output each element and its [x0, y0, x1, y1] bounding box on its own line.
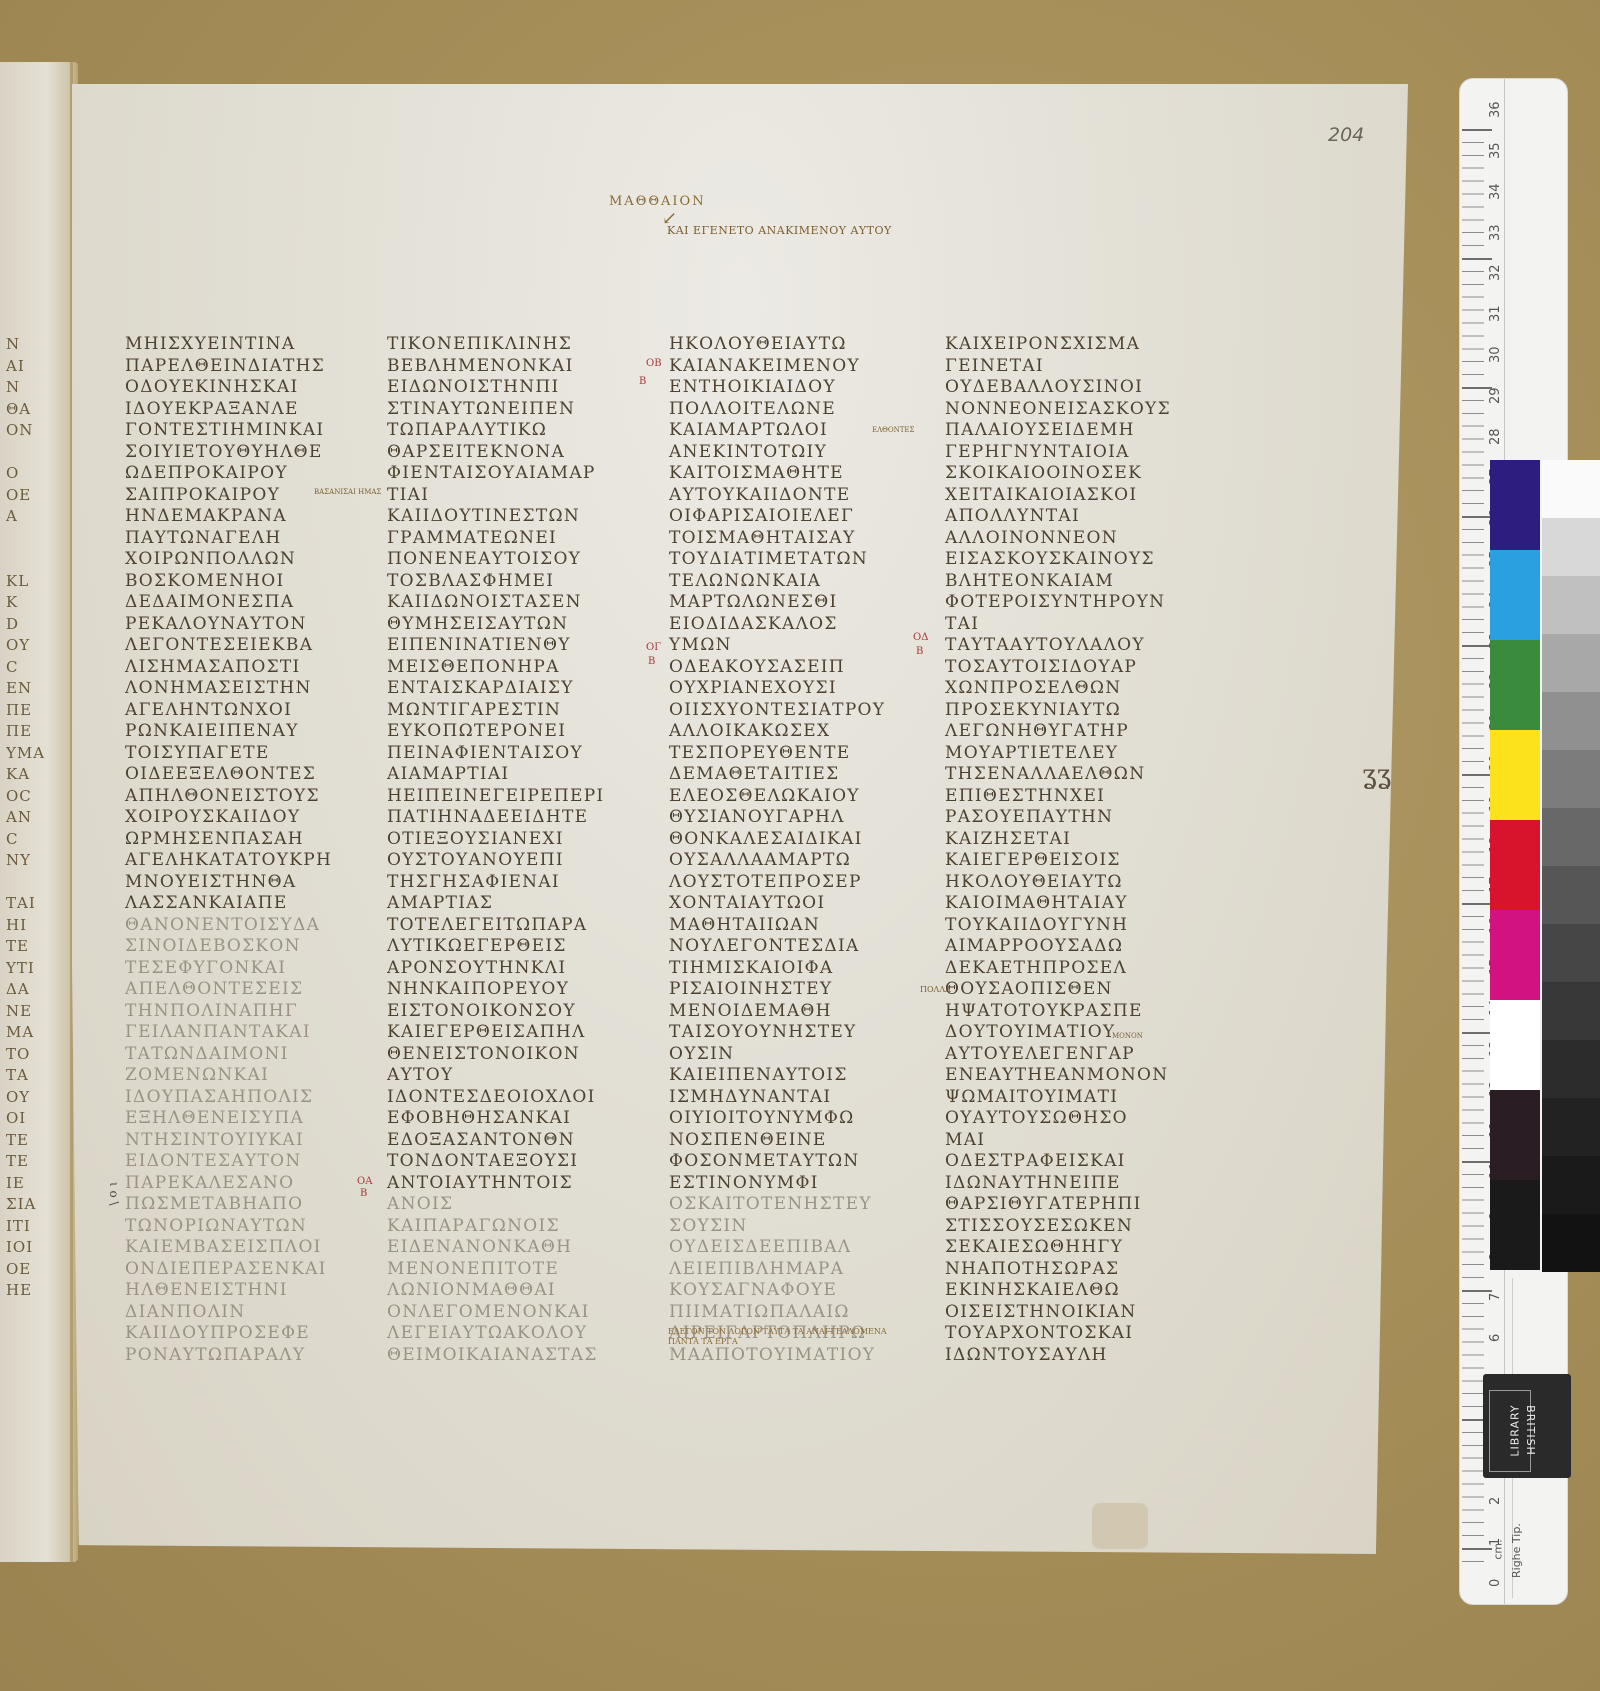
manuscript-line: ΤΗΣΕΝΑΛΛΑΕΛΘΩΝ [945, 764, 1171, 786]
manuscript-line: ΕΔΟΞΑΣΑΝΤΟΝΘΝ [387, 1130, 604, 1152]
facing-page-text: Ν [6, 377, 46, 397]
manuscript-line: ΜΑΘΗΤΑΙΙΩΑΝ [669, 915, 885, 937]
manuscript-line: ΟΔΕΣΤΡΑΦΕΙΣΚΑΙ [945, 1151, 1171, 1173]
manuscript-line: ΠΑΛΑΙΟΥΣΕΙΔΕΜΗ [945, 420, 1171, 442]
facing-page-text: Α [6, 506, 46, 526]
manuscript-line: ΝΗΝΚΑΙΠΟΡΕΥΟΥ [387, 979, 604, 1001]
ruler-number: 7 [1488, 1277, 1503, 1301]
manuscript-line: ΤΑΙ [945, 614, 1171, 636]
manuscript-line: ΓΕΡΗΓΝΥΝΤΑΙΟΙΑ [945, 442, 1171, 464]
text-column-4: ΚΑΙΧΕΙΡΟΝΣΧΙΣΜΑΓΕΙΝΕΤΑΙΟΥΔΕΒΑΛΛΟΥΣΙΝΟΙΝΟ… [945, 334, 1171, 1366]
facing-page-text: ΤΑ [6, 1065, 46, 1085]
manuscript-line: ΑΝΟΙΣ [387, 1194, 604, 1216]
manuscript-line: ΚΑΙΤΟΙΣΜΑΘΗΤΕ [669, 463, 885, 485]
facing-page-text: ΙΟΙ [6, 1237, 46, 1257]
manuscript-line: ΤΕΛΩΝΩΝΚΑΙΑ [669, 571, 885, 593]
ruler-number: 2 [1488, 1481, 1503, 1505]
manuscript-line: ΑΓΕΛΗΝΤΩΝΧΟΙ [125, 700, 332, 722]
manuscript-line: ΔΙΑΝΠΟΛΙΝ [125, 1302, 332, 1324]
manuscript-line: ΑΜΑΡΤΙΑΣ [387, 893, 604, 915]
facing-page-text: ΜΑ [6, 1022, 46, 1042]
manuscript-line: ΙΔΟΝΤΕΣΔΕΟΙΟΧΛΟΙ [387, 1087, 604, 1109]
bottom-margin-correction: ΕΛΕΓΟΝ ΤΟΝ ΛΟΓΟΝ ΤΑΥΤΑ ΤΑ ΑΝΑΓΓΕΛΛΟΜΕΝΑ … [668, 1327, 908, 1347]
manuscript-line: ΘΟΥΣΑΟΠΙΣΘΕΝ [945, 979, 1171, 1001]
manuscript-line: ΑΙΜΑΡΡΟΟΥΣΑΔΩ [945, 936, 1171, 958]
facing-page-text: ΤΕ [6, 936, 46, 956]
gray-step-swatch [1542, 1040, 1600, 1098]
manuscript-line: ΡΙΣΑΙΟΙΝΗΣΤΕΥ [669, 979, 885, 1001]
manuscript-line: ΘΟΝΚΑΛΕΣΑΙΔΙΚΑΙ [669, 829, 885, 851]
manuscript-line: ΕΝΤΗΟΙΚΙΑΙΔΟΥ [669, 377, 885, 399]
manuscript-line: ΜΑΙ [945, 1130, 1171, 1152]
facing-page-text: ΟΝ [6, 420, 46, 440]
gray-step-swatch [1542, 750, 1600, 808]
facing-page-text: ΑΙ [6, 356, 46, 376]
manuscript-line: ΑΠΗΛΘΟΝΕΙΣΤΟΥΣ [125, 786, 332, 808]
manuscript-line: ΠΑΡΕΛΘΕΙΝΔΙΑΤΗΣ [125, 356, 332, 378]
manuscript-line: ΚΑΙΠΑΡΑΓΩΝΟΙΣ [387, 1216, 604, 1238]
canon-number: Β [648, 656, 655, 668]
manuscript-line: ΑΛΛΟΙΝΟΝΝΕΟΝ [945, 528, 1171, 550]
manuscript-line: ΤΟΣΑΥΤΟΙΣΙΔΟΥΑΡ [945, 657, 1171, 679]
facing-page-text: ΠΕ [6, 700, 46, 720]
manuscript-line: ΟΝΛΕΓΟΜΕΝΟΝΚΑΙ [387, 1302, 604, 1324]
manuscript-line: ΜΑΑΠΟΤΟΥΙΜΑΤΙΟΥ [669, 1345, 885, 1367]
ruler-number: 33 [1488, 217, 1503, 241]
manuscript-line: ΗΝΔΕΜΑΚΡΑΝΑ [125, 506, 332, 528]
manuscript-line: ΣΟΙΥΙΕΤΟΥΘΥΗΛΘΕ [125, 442, 332, 464]
manuscript-line: ΤΟΥΑΡΧΟΝΤΟΣΚΑΙ [945, 1323, 1171, 1345]
canon-number: Β [916, 646, 923, 658]
ruler-number: 35 [1488, 135, 1503, 159]
margin-note: ΠΟΛΛΑ [920, 984, 951, 996]
margin-note: ΜΟΝΟΝ [1112, 1030, 1143, 1042]
facing-page-text: ΙΤΙ [6, 1216, 46, 1236]
manuscript-line: ΗΚΟΛΟΥΘΕΙΑΥΤΩ [669, 334, 885, 356]
section-number: ΟΑ [357, 1176, 372, 1188]
manuscript-line: ΤΟΥΚΑΙΙΔΟΥΓΥΝΗ [945, 915, 1171, 937]
manuscript-line: ΠΑΤΙΗΝΑΔΕΕΙΔΗΤΕ [387, 807, 604, 829]
manuscript-line: ΟΣΚΑΙΤΟΤΕΝΗΣΤΕΥ [669, 1194, 885, 1216]
manuscript-line: ΚΑΙΙΔΩΝΟΙΣΤΑΣΕΝ [387, 592, 604, 614]
manuscript-line: ΙΔΟΥΕΚΡΑΞΑΝΛΕ [125, 399, 332, 421]
facing-page-text: ΟΕ [6, 1259, 46, 1279]
color-swatch [1490, 1180, 1540, 1270]
manuscript-line: ΕΝΕΑΥΤΗΕΑΝΜΟΝΟΝ [945, 1065, 1171, 1087]
facing-page-text: ΤΕ [6, 1130, 46, 1150]
badge-text-british: BRITISH [1524, 1405, 1537, 1456]
manuscript-line: ΛΕΓΟΝΤΕΣΕΙΕΚΒΑ [125, 635, 332, 657]
manuscript-line: ΘΥΜΗΣΕΙΣΑΥΤΩΝ [387, 614, 604, 636]
facing-page-text: D [6, 614, 46, 634]
manuscript-line: ΛΑΣΣΑΝΚΑΙΑΠΕ [125, 893, 332, 915]
facing-page-text: ΟC [6, 786, 46, 806]
manuscript-line: ΗΨΑΤΟΤΟΥΚΡΑΣΠΕ [945, 1001, 1171, 1023]
manuscript-line: ΣΟΥΣΙΝ [669, 1216, 885, 1238]
ruler-number: 30 [1488, 339, 1503, 363]
gray-step-swatch [1542, 982, 1600, 1040]
manuscript-line: ΕΠΙΘΕΣΤΗΝΧΕΙ [945, 786, 1171, 808]
manuscript-line: ΤΟΙΣΜΑΘΗΤΑΙΣΑΥ [669, 528, 885, 550]
facing-page-text: ΤΑΙ [6, 893, 46, 913]
manuscript-line: ΟΥΣΤΟΥΑΝΟΥΕΠΙ [387, 850, 604, 872]
ruler-number: 36 [1488, 94, 1503, 118]
manuscript-line: ΕΣΤΙΝΟΝΥΜΦΙ [669, 1173, 885, 1195]
manuscript-line: ΤΕΣΕΦΥΓΟΝΚΑΙ [125, 958, 332, 980]
manuscript-line: ΜΟΥΑΡΤΙΕΤΕΛΕΥ [945, 743, 1171, 765]
manuscript-line: ΡΟΝΑΥΤΩΠΑΡΑΛΥ [125, 1345, 332, 1367]
manuscript-line: ΑΥΤΟΥΚΑΙΙΔΟΝΤΕ [669, 485, 885, 507]
ruler-number: 1 [1488, 1522, 1503, 1546]
manuscript-line: ΟΙΔΕΕΞΕΛΘΟΝΤΕΣ [125, 764, 332, 786]
manuscript-line: ΕΙΔΕΝΑΝΟΝΚΑΘΗ [387, 1237, 604, 1259]
facing-page-text: ΚΑ [6, 764, 46, 784]
manuscript-line: ΒΛΗΤΕΟΝΚΑΙΑΜ [945, 571, 1171, 593]
manuscript-line: ΤΟΥΔΙΑΤΙΜΕΤΑΤΩΝ [669, 549, 885, 571]
manuscript-line: ΜΩΝΤΙΓΑΡΕΣΤΙΝ [387, 700, 604, 722]
top-margin-correction: ΚΑΙ ΕΓΕΝΕΤΟ ΑΝΑΚΙΜΕΝΟΥ ΑΥΤΟΥ [667, 224, 892, 237]
manuscript-line: ΚΑΙΑΜΑΡΤΩΛΟΙ [669, 420, 885, 442]
manuscript-line: ΤΑΤΩΝΔΑΙΜΟΝΙ [125, 1044, 332, 1066]
manuscript-line: ΒΟΣΚΟΜΕΝΗΟΙ [125, 571, 332, 593]
manuscript-line: ΟΝΔΙΕΠΕΡΑΣΕΝΚΑΙ [125, 1259, 332, 1281]
manuscript-line: ΠΟΝΕΝΕΑΥΤΟΙΣΟΥ [387, 549, 604, 571]
manuscript-line: ΕΙΔΟΝΤΕΣΑΥΤΟΝ [125, 1151, 332, 1173]
manuscript-line: ΚΑΙΕΓΕΡΘΕΙΣΟΙΣ [945, 850, 1171, 872]
margin-note: ΒΑΣΑΝΙΣΑΙ ΗΜΑΣ [314, 486, 381, 498]
manuscript-line: ΕΚΙΝΗΣΚΑΙΕΛΘΩ [945, 1280, 1171, 1302]
manuscript-line: ΥΜΩΝ [669, 635, 885, 657]
manuscript-line: ΘΑΡΣΙΘΥΓΑΤΕΡΗΠΙ [945, 1194, 1171, 1216]
gray-step-swatch [1542, 866, 1600, 924]
manuscript-line: ΤΗΣΓΗΣΑΦΙΕΝΑΙ [387, 872, 604, 894]
manuscript-line: ΤΩΝΟΡΙΩΝΑΥΤΩΝ [125, 1216, 332, 1238]
manuscript-line: ΦΟΣΟΝΜΕΤΑΥΤΩΝ [669, 1151, 885, 1173]
color-swatch [1490, 640, 1540, 730]
manuscript-line: ΚΑΙΕΙΠΕΝΑΥΤΟΙΣ [669, 1065, 885, 1087]
manuscript-line: ΤΟΙΣΥΠΑΓΕΤΕ [125, 743, 332, 765]
manuscript-line: ΕΝΤΑΙΣΚΑΡΔΙΑΙΣΥ [387, 678, 604, 700]
manuscript-line: ΟΔΟΥΕΚΙΝΗΣΚΑΙ [125, 377, 332, 399]
manuscript-line: ΝΟΝΝΕΟΝΕΙΣΑΣΚΟΥΣ [945, 399, 1171, 421]
manuscript-line: ΣΤΙΣΣΟΥΣΕΣΩΚΕΝ [945, 1216, 1171, 1238]
manuscript-line: ΚΑΙΙΔΟΥΠΡΟΣΕΦΕ [125, 1323, 332, 1345]
margin-note: ΕΛΘΟΝΤΕΣ [872, 424, 915, 436]
righe-label: Righe Tip. [1510, 1523, 1523, 1578]
manuscript-line: ΜΝΟΥΕΙΣΤΗΝΘΑ [125, 872, 332, 894]
manuscript-line: ΗΛΘΕΝΕΙΣΤΗΝΙ [125, 1280, 332, 1302]
manuscript-line: ΤΗΝΠΟΛΙΝΑΠΗΓ [125, 1001, 332, 1023]
facing-page-left: ΝΑΙΝΘΑΟΝΟΟΕΑΚLΚDΟΥCΕΝΠΕΠΕΥΜΑΚΑΟCΑΝCΝΥΤΑΙ… [0, 62, 78, 1562]
color-calibration-chart [1490, 460, 1600, 1272]
manuscript-line: ΛΕΙΕΠΙΒΛΗΜΑΡΑ [669, 1259, 885, 1281]
facing-page-text: ΟΙ [6, 1108, 46, 1128]
canon-number: Β [639, 376, 646, 388]
manuscript-line: ΟΤΙΕΞΟΥΣΙΑΝΕΧΙ [387, 829, 604, 851]
running-title: ΜΑΘΘΑΙΟΝ [609, 194, 706, 209]
manuscript-line: ΤΕΣΠΟΡΕΥΘΕΝΤΕ [669, 743, 885, 765]
manuscript-line: ΟΙΙΣΧΥΟΝΤΕΣΙΑΤΡΟΥ [669, 700, 885, 722]
manuscript-line: ΤΟΣΒΛΑΣΦΗΜΕΙ [387, 571, 604, 593]
manuscript-line: ΕΙΟΔΙΔΑΣΚΑΛΟΣ [669, 614, 885, 636]
manuscript-line: ΜΕΝΟΙΔΕΜΑΘΗ [669, 1001, 885, 1023]
gray-step-swatch [1542, 1156, 1600, 1214]
color-swatch [1490, 910, 1540, 1000]
manuscript-line: ΣΕΚΑΙΕΣΩΘΗΗΓΥ [945, 1237, 1171, 1259]
manuscript-line: ΧΩΝΠΡΟΣΕΛΘΩΝ [945, 678, 1171, 700]
manuscript-line: ΟΙΦΑΡΙΣΑΙΟΙΕΛΕΓ [669, 506, 885, 528]
ruler-number: 32 [1488, 257, 1503, 281]
manuscript-line: ΠΡΟΣΕΚΥΝΙΑΥΤΩ [945, 700, 1171, 722]
facing-page-text: ΣΙΑ [6, 1194, 46, 1214]
manuscript-line: ΑΠΟΛΛΥΝΤΑΙ [945, 506, 1171, 528]
manuscript-line: ΠΕΙΝΑΦΙΕΝΤΑΙΣΟΥ [387, 743, 604, 765]
ruler-number: 31 [1488, 298, 1503, 322]
facing-page-text: ΠΕ [6, 721, 46, 741]
manuscript-line: ΑΠΕΛΘΟΝΤΕΣΕΙΣ [125, 979, 332, 1001]
manuscript-line: ΤΑΙΣΟΥΟΥΝΗΣΤΕΥ [669, 1022, 885, 1044]
ruler-number: 6 [1488, 1318, 1503, 1342]
section-number: ΟΔ [913, 632, 928, 644]
color-swatch [1490, 550, 1540, 640]
facing-page-text: ΟΥ [6, 1087, 46, 1107]
manuscript-line: ΤΙΚΟΝΕΠΙΚΛΙΝΗΣ [387, 334, 604, 356]
manuscript-line: ΩΡΜΗΣΕΝΠΑΣΑΗ [125, 829, 332, 851]
manuscript-line: ΙΔΟΥΠΑΣΑΗΠΟΛΙΣ [125, 1087, 332, 1109]
manuscript-line: ΟΙΥΙΟΙΤΟΥΝΥΜΦΩ [669, 1108, 885, 1130]
manuscript-line: ΚΑΙΕΓΕΡΘΕΙΣΑΠΗΛ [387, 1022, 604, 1044]
manuscript-line: ΟΥΔΕΙΣΔΕΕΠΙΒΑΛ [669, 1237, 885, 1259]
gray-step-swatch [1542, 518, 1600, 576]
ruler-number: 0 [1488, 1563, 1503, 1587]
manuscript-line: ΗΕΙΠΕΙΝΕΓΕΙΡΕΠΕΡΙ [387, 786, 604, 808]
margin-mark: ι ο \ [108, 1182, 120, 1206]
gray-step-swatch [1542, 692, 1600, 750]
manuscript-line: ΕΙΣΤΟΝΟΙΚΟΝΣΟΥ [387, 1001, 604, 1023]
manuscript-line: ΣΤΙΝΑΥΤΩΝΕΙΠΕΝ [387, 399, 604, 421]
manuscript-line: ΘΥΣΙΑΝΟΥΓΑΡΗΛ [669, 807, 885, 829]
badge-text-library: LIBRARY [1509, 1404, 1522, 1456]
gray-step-swatch [1542, 576, 1600, 634]
manuscript-line: ΕΦΟΒΗΘΗΣΑΝΚΑΙ [387, 1108, 604, 1130]
manuscript-line: ΠΩΣΜΕΤΑΒΗΑΠΟ [125, 1194, 332, 1216]
facing-page-text: ΔΑ [6, 979, 46, 999]
manuscript-line: ΡΩΝΚΑΙΕΙΠΕΝΑΥ [125, 721, 332, 743]
manuscript-line: ΘΑΝΟΝΕΝΤΟΙΣΥΔΑ [125, 915, 332, 937]
manuscript-line: ΛΕΓΕΙΑΥΤΩΑΚΟΛΟΥ [387, 1323, 604, 1345]
gray-step-swatch [1542, 808, 1600, 866]
manuscript-line: ΚΑΙΕΜΒΑΣΕΙΣΠΛΟΙ [125, 1237, 332, 1259]
facing-page-text: C [6, 657, 46, 677]
facing-page-text: ΤΕ [6, 1151, 46, 1171]
ruler-number: 29 [1488, 380, 1503, 404]
manuscript-line: ΣΑΙΠΡΟΚΑΙΡΟΥ [125, 485, 332, 507]
gray-step-swatch [1542, 924, 1600, 982]
parchment-stain [1092, 1503, 1148, 1549]
color-swatch [1490, 1000, 1540, 1090]
manuscript-line: ΔΕΚΑΕΤΗΠΡΟΣΕΛ [945, 958, 1171, 980]
color-swatch [1490, 1090, 1540, 1180]
manuscript-line: ΜΗΙΣΧΥΕΙΝΤΙΝΑ [125, 334, 332, 356]
manuscript-line: ΘΑΡΣΕΙΤΕΚΝΟΝΑ [387, 442, 604, 464]
manuscript-line: ΝΟΥΛΕΓΟΝΤΕΣΔΙΑ [669, 936, 885, 958]
manuscript-line: ΤΩΠΑΡΑΛΥΤΙΚΩ [387, 420, 604, 442]
manuscript-line: ΠΑΡΕΚΑΛΕΣΑΝΟ [125, 1173, 332, 1195]
manuscript-line: ΛΥΤΙΚΩΕΓΕΡΘΕΙΣ [387, 936, 604, 958]
manuscript-line: ΡΕΚΑΛΟΥΝΑΥΤΟΝ [125, 614, 332, 636]
manuscript-line: ΑΥΤΟΥ [387, 1065, 604, 1087]
manuscript-line: ΩΔΕΠΡΟΚΑΙΡΟΥ [125, 463, 332, 485]
manuscript-line: ΑΝΤΟΙΑΥΤΗΝΤΟΙΣ [387, 1173, 604, 1195]
facing-page-text: C [6, 829, 46, 849]
facing-page-text: ΗΙ [6, 915, 46, 935]
facing-page-text: ΝΕ [6, 1001, 46, 1021]
manuscript-line: ΤΙΑΙ [387, 485, 604, 507]
manuscript-line: ΗΚΟΛΟΥΘΕΙΑΥΤΩ [945, 872, 1171, 894]
manuscript-line: ΜΕΝΟΝΕΠΙΤΟΤΕ [387, 1259, 604, 1281]
text-column-1: ΜΗΙΣΧΥΕΙΝΤΙΝΑΠΑΡΕΛΘΕΙΝΔΙΑΤΗΣΟΔΟΥΕΚΙΝΗΣΚΑ… [125, 334, 332, 1366]
manuscript-line: ΡΑΣΟΥΕΠΑΥΤΗΝ [945, 807, 1171, 829]
facing-page-text: ΗΕ [6, 1280, 46, 1300]
manuscript-line: ΛΕΓΩΝΗΘΥΓΑΤΗΡ [945, 721, 1171, 743]
manuscript-line: ΤΙΗΜΙΣΚΑΙΟΙΦΑ [669, 958, 885, 980]
manuscript-line: ΚΑΙΧΕΙΡΟΝΣΧΙΣΜΑ [945, 334, 1171, 356]
manuscript-line: ΛΟΥΣΤΟΤΕΠΡΟΣΕΡ [669, 872, 885, 894]
facing-page-text: Κ [6, 592, 46, 612]
manuscript-line: ΑΓΕΛΗΚΑΤΑΤΟΥΚΡΗ [125, 850, 332, 872]
manuscript-line: ΓΕΙΛΑΝΠΑΝΤΑΚΑΙ [125, 1022, 332, 1044]
manuscript-line: ΓΡΑΜΜΑΤΕΩΝΕΙ [387, 528, 604, 550]
manuscript-line: ΑΥΤΟΥΕΛΕΓΕΝΓΑΡ [945, 1044, 1171, 1066]
manuscript-line: ΚΟΥΣΑΓΝΑΦΟΥΕ [669, 1280, 885, 1302]
manuscript-line: ΝΟΣΠΕΝΘΕΙΝΕ [669, 1130, 885, 1152]
manuscript-line: ΝΤΗΣΙΝΤΟΥΙΥΚΑΙ [125, 1130, 332, 1152]
facing-page-text: ΟΥ [6, 635, 46, 655]
ruler-number: 28 [1488, 421, 1503, 445]
facing-page-text: ΤΟ [6, 1044, 46, 1064]
facing-page-text: ΚL [6, 571, 46, 591]
manuscript-line: ΚΑΙΖΗΣΕΤΑΙ [945, 829, 1171, 851]
manuscript-line: ΜΑΡΤΩΛΩΝΕΣΘΙ [669, 592, 885, 614]
manuscript-line: ΕΥΚΟΠΩΤΕΡΟΝΕΙ [387, 721, 604, 743]
manuscript-line: ΨΩΜΑΙΤΟΥΙΜΑΤΙ [945, 1087, 1171, 1109]
manuscript-line: ΓΕΙΝΕΤΑΙ [945, 356, 1171, 378]
manuscript-line: ΛΙΣΗΜΑΣΑΠΟΣΤΙ [125, 657, 332, 679]
folio-number: 204 [1328, 124, 1364, 146]
facing-page-text: ΕΝ [6, 678, 46, 698]
facing-page-text: Ο [6, 463, 46, 483]
facing-page-text: Ν [6, 334, 46, 354]
manuscript-line: ΕΛΕΟΣΘΕΛΩΚΑΙΟΥ [669, 786, 885, 808]
ruler-number: 34 [1488, 176, 1503, 200]
manuscript-line: ΣΚΟΙΚΑΙΟΟΙΝΟΣΕΚ [945, 463, 1171, 485]
manuscript-line: ΣΙΝΟΙΔΕΒΟΣΚΟΝ [125, 936, 332, 958]
gray-step-swatch [1542, 1098, 1600, 1156]
manuscript-line: ΜΕΙΣΘΕΠΟΝΗΡΑ [387, 657, 604, 679]
facing-page-text: ΥΤΙ [6, 958, 46, 978]
manuscript-line: ΟΥΣΙΝ [669, 1044, 885, 1066]
british-library-badge: LIBRARY BRITISH [1483, 1374, 1571, 1478]
margin-mark: ʓʓ [1362, 760, 1391, 790]
manuscript-line: ΚΑΙΟΙΜΑΘΗΤΑΙΑΥ [945, 893, 1171, 915]
manuscript-line: ΖΟΜΕΝΩΝΚΑΙ [125, 1065, 332, 1087]
facing-page-text: ΥΜΑ [6, 743, 46, 763]
manuscript-line: ΙΔΩΝΤΟΥΣΑΥΛΗ [945, 1345, 1171, 1367]
manuscript-line: ΤΟΤΕΛΕΓΕΙΤΩΠΑΡΑ [387, 915, 604, 937]
facing-page-text: ΘΑ [6, 399, 46, 419]
manuscript-line: ΚΑΙΙΔΟΥΤΙΝΕΣΤΩΝ [387, 506, 604, 528]
manuscript-line: ΑΛΛΟΙΚΑΚΩΣΕΧ [669, 721, 885, 743]
manuscript-line: ΘΕΝΕΙΣΤΟΝΟΙΚΟΝ [387, 1044, 604, 1066]
gray-step-swatch [1542, 1214, 1600, 1272]
manuscript-line: ΝΗΑΠΟΤΗΣΩΡΑΣ [945, 1259, 1171, 1281]
manuscript-line: ΧΟΙΡΩΝΠΟΛΛΩΝ [125, 549, 332, 571]
manuscript-line: ΟΔΕΑΚΟΥΣΑΣΕΙΠ [669, 657, 885, 679]
section-number: ΟΒ [646, 358, 662, 370]
manuscript-line: ΧΕΙΤΑΙΚΑΙΟΙΑΣΚΟΙ [945, 485, 1171, 507]
manuscript-line: ΕΞΗΛΘΕΝΕΙΣΥΠΑ [125, 1108, 332, 1130]
gray-step-swatch [1542, 460, 1600, 518]
manuscript-line: ΓΟΝΤΕΣΤΙΗΜΙΝΚΑΙ [125, 420, 332, 442]
manuscript-line: ΟΥΑΥΤΟΥΣΩΘΗΣΟ [945, 1108, 1171, 1130]
manuscript-line: ΟΥΔΕΒΑΛΛΟΥΣΙΝΟΙ [945, 377, 1171, 399]
manuscript-line: ΔΕΔΑΙΜΟΝΕΣΠΑ [125, 592, 332, 614]
text-column-2: ΤΙΚΟΝΕΠΙΚΛΙΝΗΣΒΕΒΛΗΜΕΝΟΝΚΑΙΕΙΔΩΝΟΙΣΤΗΝΠΙ… [387, 334, 604, 1366]
manuscript-line: ΙΔΩΝΑΥΤΗΝΕΙΠΕ [945, 1173, 1171, 1195]
manuscript-line: ΦΟΤΕΡΟΙΣΥΝΤΗΡΟΥΝ [945, 592, 1171, 614]
manuscript-line: ΕΙΔΩΝΟΙΣΤΗΝΠΙ [387, 377, 604, 399]
manuscript-line: ΑΝΕΚΙΝΤΟΤΩΙΥ [669, 442, 885, 464]
manuscript-line: ΛΟΝΗΜΑΣΕΙΣΤΗΝ [125, 678, 332, 700]
manuscript-line: ΠΙΙΜΑΤΙΩΠΑΛΑΙΩ [669, 1302, 885, 1324]
manuscript-line: ΤΟΝΔΟΝΤΑΕΞΟΥΣΙ [387, 1151, 604, 1173]
color-swatch [1490, 460, 1540, 550]
facing-page-text: ΟΕ [6, 485, 46, 505]
manuscript-line: ΘΕΙΜΟΙΚΑΙΑΝΑΣΤΑΣ [387, 1345, 604, 1367]
manuscript-line: ΠΟΛΛΟΙΤΕΛΩΝΕ [669, 399, 885, 421]
manuscript-line: ΟΙΣΕΙΣΤΗΝΟΙΚΙΑΝ [945, 1302, 1171, 1324]
manuscript-line: ΦΙΕΝΤΑΙΣΟΥΑΙΑΜΑΡ [387, 463, 604, 485]
manuscript-line: ΛΩΝΙΟΝΜΑΘΘΑΙ [387, 1280, 604, 1302]
manuscript-line: ΔΕΜΑΘΕΤΑΙΤΙΕΣ [669, 764, 885, 786]
manuscript-line: ΑΙΑΜΑΡΤΙΑΙ [387, 764, 604, 786]
color-swatch [1490, 820, 1540, 910]
facing-page-text: ΑΝ [6, 807, 46, 827]
manuscript-line: ΧΟΝΤΑΙΑΥΤΩΟΙ [669, 893, 885, 915]
canon-number: Β [360, 1188, 367, 1200]
manuscript-line: ΠΑΥΤΩΝΑΓΕΛΗ [125, 528, 332, 550]
manuscript-line: ΕΙΣΑΣΚΟΥΣΚΑΙΝΟΥΣ [945, 549, 1171, 571]
manuscript-line: ΚΑΙΑΝΑΚΕΙΜΕΝΟΥ [669, 356, 885, 378]
facing-page-text: ΙΕ [6, 1173, 46, 1193]
manuscript-line: ΤΑΥΤΑΑΥΤΟΥΛΑΛΟΥ [945, 635, 1171, 657]
color-swatch [1490, 730, 1540, 820]
text-column-3: ΗΚΟΛΟΥΘΕΙΑΥΤΩΚΑΙΑΝΑΚΕΙΜΕΝΟΥΕΝΤΗΟΙΚΙΑΙΔΟΥ… [669, 334, 885, 1366]
manuscript-line: ΕΙΠΕΝΙΝΑΤΙΕΝΘΥ [387, 635, 604, 657]
facing-page-text: ΝΥ [6, 850, 46, 870]
gray-step-swatch [1542, 634, 1600, 692]
manuscript-line: ΙΣΜΗΔΥΝΑΝΤΑΙ [669, 1087, 885, 1109]
manuscript-line: ΧΟΙΡΟΥΣΚΑΙΙΔΟΥ [125, 807, 332, 829]
manuscript-line: ΟΥΣΑΛΛΑΑΜΑΡΤΩ [669, 850, 885, 872]
section-number: ΟΓ [646, 642, 661, 654]
manuscript-line: ΟΥΧΡΙΑΝΕΧΟΥΣΙ [669, 678, 885, 700]
manuscript-line: ΑΡΟΝΣΟΥΤΗΝΚΛΙ [387, 958, 604, 980]
manuscript-line: ΒΕΒΛΗΜΕΝΟΝΚΑΙ [387, 356, 604, 378]
